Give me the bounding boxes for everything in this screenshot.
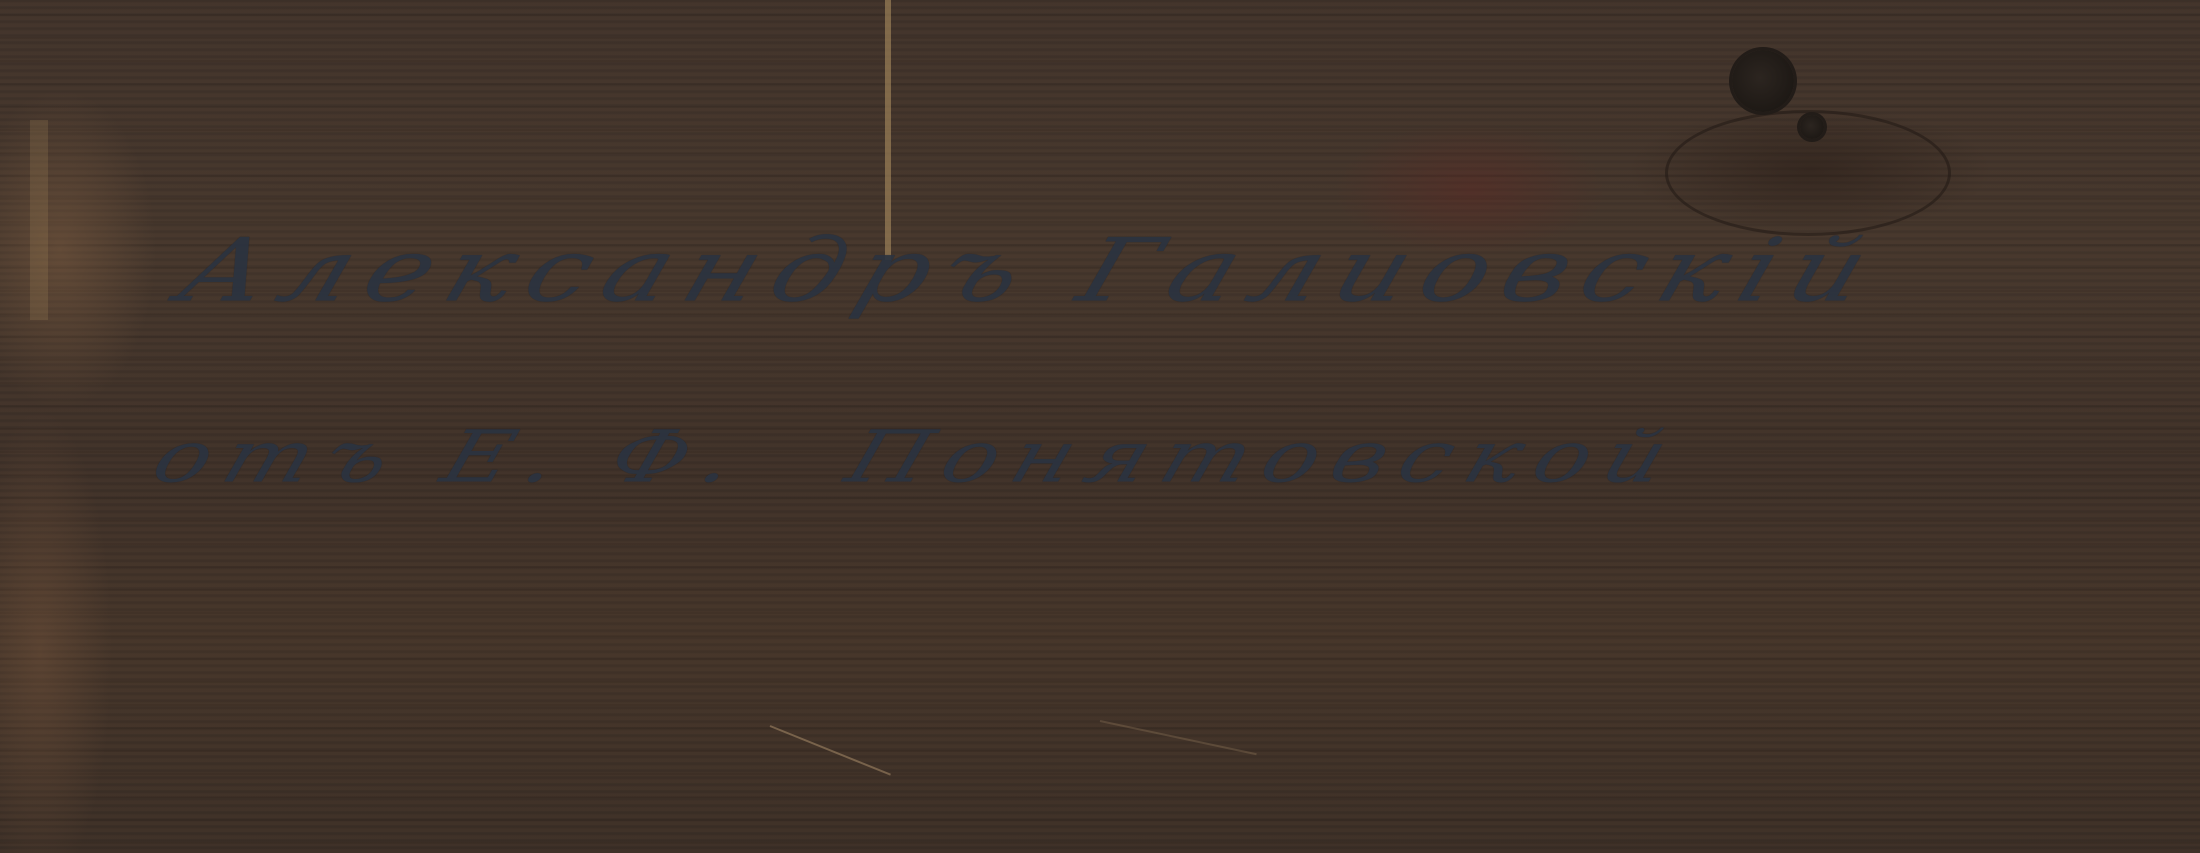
wood-light-streak [30,120,48,320]
initials: Е. Ф. [432,415,760,498]
inscription-line-1: Александръ Галиовскій [167,220,1894,321]
given-name: Александръ [167,220,1050,321]
preposition: отъ [143,415,416,498]
wood-knot-small [1800,115,1824,139]
inscription-line-2: отъ Е. Ф. Понятовской [143,415,1692,498]
wood-knot [1732,50,1794,112]
surname: Галиовскій [1067,220,1895,321]
wooden-board: Александръ Галиовскій отъ Е. Ф. Понятовс… [0,0,2200,853]
donor-surname: Понятовской [837,415,1693,498]
wood-scratch [770,725,891,776]
wood-scratch [1100,720,1257,755]
